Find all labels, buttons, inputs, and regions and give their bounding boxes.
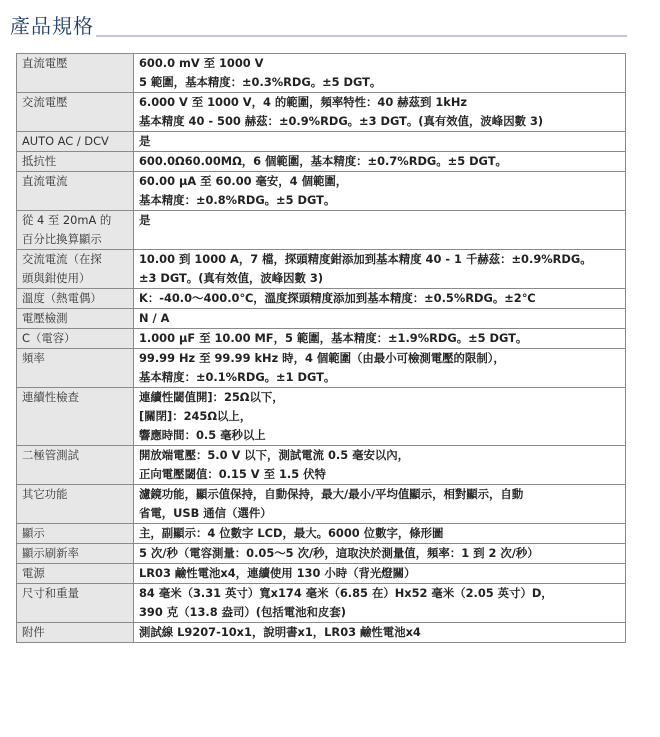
spec-row: C（電容）1.000 μF 至 10.00 MF，5 範圍，基本精度：±1.9%… (17, 329, 626, 349)
spec-value: 6.000 V 至 1000 V，4 的範圍，頻率特性：40 赫茲到 1kHz (139, 93, 620, 112)
spec-label-cell: 其它功能 (17, 485, 134, 524)
spec-label-cell: 交流電壓 (17, 93, 134, 132)
spec-label-cell: 二極管測試 (17, 446, 134, 485)
spec-label: 尺寸和重量 (22, 584, 128, 603)
spec-value-cell: K：-40.0～400.0℃，溫度探頭精度添加到基本精度：±0.5%RDG。±2… (134, 289, 626, 309)
spec-row: 附件測試線 L9207-10x1，說明書x1，LR03 鹼性電池x4 (17, 623, 626, 643)
spec-label: 連續性檢查 (22, 388, 128, 407)
spec-row: 其它功能濾鏡功能，顯示值保持，自動保持，最大/最小/平均值顯示，相對顯示，自動省… (17, 485, 626, 524)
spec-label-cell: 顯示刷新率 (17, 544, 134, 564)
spec-label: 直流電壓 (22, 54, 128, 73)
spec-row: 直流電流60.00 μA 至 60.00 毫安，4 個範圍，基本精度：±0.8%… (17, 172, 626, 211)
spec-row: 顯示主，副顯示：4 位數字 LCD，最大。6000 位數字，條形圖 (17, 524, 626, 544)
spec-row: 交流電壓6.000 V 至 1000 V，4 的範圍，頻率特性：40 赫茲到 1… (17, 93, 626, 132)
spec-row: AUTO AC / DCV是 (17, 132, 626, 152)
spec-label: 交流電壓 (22, 93, 128, 112)
spec-value: ±3 DGT。(真有效值，波峰因數 3) (139, 269, 620, 288)
spec-value-cell: 主，副顯示：4 位數字 LCD，最大。6000 位數字，條形圖 (134, 524, 626, 544)
spec-label-cell: 連續性檢查 (17, 388, 134, 446)
spec-value: 5 次/秒（電容測量：0.05～5 次/秒，這取決於測量值，頻率：1 到 2 次… (139, 544, 620, 563)
spec-label-cell: 電源 (17, 564, 134, 584)
spec-value: 是 (139, 211, 620, 230)
spec-label: 直流電流 (22, 172, 128, 191)
spec-label-cell: 從 4 至 20mA 的百分比換算顯示 (17, 211, 134, 250)
spec-row: 抵抗性600.0Ω60.00MΩ，6 個範圍，基本精度：±0.7%RDG。±5 … (17, 152, 626, 172)
spec-row: 交流電流（在探頭與鉗使用）10.00 到 1000 A，7 檔，探頭精度鉗添加到… (17, 250, 626, 289)
spec-label: 顯示刷新率 (22, 544, 128, 563)
spec-label: 交流電流（在探 (22, 250, 128, 269)
spec-label-cell: 溫度（熱電偶） (17, 289, 134, 309)
spec-value-cell: 60.00 μA 至 60.00 毫安，4 個範圍，基本精度：±0.8%RDG。… (134, 172, 626, 211)
spec-label: 二極管測試 (22, 446, 128, 465)
spec-label-cell: AUTO AC / DCV (17, 132, 134, 152)
spec-row: 頻率99.99 Hz 至 99.99 kHz 時，4 個範圍（由最小可檢測電壓的… (17, 349, 626, 388)
spec-value: 99.99 Hz 至 99.99 kHz 時，4 個範圍（由最小可檢測電壓的限制… (139, 349, 620, 368)
spec-label: 從 4 至 20mA 的 (22, 211, 128, 230)
spec-value: 600.0 mV 至 1000 V (139, 54, 620, 73)
page-title: 產品規格 (10, 14, 96, 38)
spec-table-body: 直流電壓600.0 mV 至 1000 V5 範圍，基本精度：±0.3%RDG。… (17, 54, 626, 643)
spec-label-cell: 直流電流 (17, 172, 134, 211)
spec-row: 電源LR03 鹼性電池x4，連續使用 130 小時（背光燈關） (17, 564, 626, 584)
spec-value-cell: 連續性閾值開]：25Ω以下，[關閉]：245Ω以上，響應時間：0.5 毫秒以上 (134, 388, 626, 446)
spec-row: 從 4 至 20mA 的百分比換算顯示是 (17, 211, 626, 250)
spec-value: N / A (139, 309, 620, 328)
spec-value: 84 毫米（3.31 英寸）寬x174 毫米（6.85 在）Hx52 毫米（2.… (139, 584, 620, 603)
spec-label: C（電容） (22, 329, 128, 348)
spec-table: 直流電壓600.0 mV 至 1000 V5 範圍，基本精度：±0.3%RDG。… (16, 53, 626, 643)
spec-row: 電壓檢測N / A (17, 309, 626, 329)
spec-value: 60.00 μA 至 60.00 毫安，4 個範圍， (139, 172, 620, 191)
spec-label: AUTO AC / DCV (22, 132, 128, 151)
spec-value-cell: LR03 鹼性電池x4，連續使用 130 小時（背光燈關） (134, 564, 626, 584)
spec-value-cell: 開放端電壓：5.0 V 以下，測試電流 0.5 毫安以內，正向電壓閾值：0.15… (134, 446, 626, 485)
spec-value-cell: 99.99 Hz 至 99.99 kHz 時，4 個範圍（由最小可檢測電壓的限制… (134, 349, 626, 388)
title-underline (10, 35, 627, 37)
spec-row: 溫度（熱電偶）K：-40.0～400.0℃，溫度探頭精度添加到基本精度：±0.5… (17, 289, 626, 309)
spec-label-cell: 尺寸和重量 (17, 584, 134, 623)
spec-label: 附件 (22, 623, 128, 642)
spec-value: 濾鏡功能，顯示值保持，自動保持，最大/最小/平均值顯示，相對顯示，自動 (139, 485, 620, 504)
spec-value: 省電，USB 通信（選件） (139, 504, 620, 523)
spec-value: 正向電壓閾值：0.15 V 至 1.5 伏特 (139, 465, 620, 484)
spec-value: 5 範圍，基本精度：±0.3%RDG。±5 DGT。 (139, 73, 620, 92)
spec-value: K：-40.0～400.0℃，溫度探頭精度添加到基本精度：±0.5%RDG。±2… (139, 289, 620, 308)
spec-value: 390 克（13.8 盎司）(包括電池和皮套) (139, 603, 620, 622)
spec-value: LR03 鹼性電池x4，連續使用 130 小時（背光燈關） (139, 564, 620, 583)
spec-label: 抵抗性 (22, 152, 128, 171)
spec-label: 百分比換算顯示 (22, 230, 128, 249)
spec-row: 二極管測試開放端電壓：5.0 V 以下，測試電流 0.5 毫安以內，正向電壓閾值… (17, 446, 626, 485)
spec-value: 測試線 L9207-10x1，說明書x1，LR03 鹼性電池x4 (139, 623, 620, 642)
spec-label-cell: 顯示 (17, 524, 134, 544)
spec-value: 是 (139, 132, 620, 151)
spec-label-cell: 直流電壓 (17, 54, 134, 93)
spec-row: 尺寸和重量84 毫米（3.31 英寸）寬x174 毫米（6.85 在）Hx52 … (17, 584, 626, 623)
spec-value-cell: 測試線 L9207-10x1，說明書x1，LR03 鹼性電池x4 (134, 623, 626, 643)
spec-label: 其它功能 (22, 485, 128, 504)
spec-value-cell: 1.000 μF 至 10.00 MF，5 範圍，基本精度：±1.9%RDG。±… (134, 329, 626, 349)
spec-value: 主，副顯示：4 位數字 LCD，最大。6000 位數字，條形圖 (139, 524, 620, 543)
spec-row: 顯示刷新率5 次/秒（電容測量：0.05～5 次/秒，這取決於測量值，頻率：1 … (17, 544, 626, 564)
spec-value: 連續性閾值開]：25Ω以下， (139, 388, 620, 407)
spec-value: 響應時間：0.5 毫秒以上 (139, 426, 620, 445)
spec-label: 顯示 (22, 524, 128, 543)
spec-label: 電源 (22, 564, 128, 583)
spec-value: 600.0Ω60.00MΩ，6 個範圍，基本精度：±0.7%RDG。±5 DGT… (139, 152, 620, 171)
spec-value-cell: N / A (134, 309, 626, 329)
spec-label-cell: C（電容） (17, 329, 134, 349)
spec-value-cell: 是 (134, 132, 626, 152)
spec-label: 溫度（熱電偶） (22, 289, 128, 308)
spec-value: 基本精度：±0.1%RDG。±1 DGT。 (139, 368, 620, 387)
spec-label-cell: 抵抗性 (17, 152, 134, 172)
spec-label-cell: 交流電流（在探頭與鉗使用） (17, 250, 134, 289)
spec-value: 1.000 μF 至 10.00 MF，5 範圍，基本精度：±1.9%RDG。±… (139, 329, 620, 348)
spec-value-cell: 5 次/秒（電容測量：0.05～5 次/秒，這取決於測量值，頻率：1 到 2 次… (134, 544, 626, 564)
spec-label: 頻率 (22, 349, 128, 368)
spec-value: [關閉]：245Ω以上， (139, 407, 620, 426)
spec-label: 電壓檢測 (22, 309, 128, 328)
spec-label-cell: 頻率 (17, 349, 134, 388)
spec-row: 直流電壓600.0 mV 至 1000 V5 範圍，基本精度：±0.3%RDG。… (17, 54, 626, 93)
spec-label: 頭與鉗使用） (22, 269, 128, 288)
spec-value-cell: 6.000 V 至 1000 V，4 的範圍，頻率特性：40 赫茲到 1kHz基… (134, 93, 626, 132)
spec-value-cell: 10.00 到 1000 A，7 檔，探頭精度鉗添加到基本精度 40 - 1 千… (134, 250, 626, 289)
section-header: 產品規格 (10, 14, 627, 40)
spec-row: 連續性檢查連續性閾值開]：25Ω以下，[關閉]：245Ω以上，響應時間：0.5 … (17, 388, 626, 446)
spec-label-cell: 電壓檢測 (17, 309, 134, 329)
spec-value-cell: 84 毫米（3.31 英寸）寬x174 毫米（6.85 在）Hx52 毫米（2.… (134, 584, 626, 623)
spec-value-cell: 600.0Ω60.00MΩ，6 個範圍，基本精度：±0.7%RDG。±5 DGT… (134, 152, 626, 172)
spec-value: 開放端電壓：5.0 V 以下，測試電流 0.5 毫安以內， (139, 446, 620, 465)
spec-value (139, 230, 620, 249)
spec-value-cell: 濾鏡功能，顯示值保持，自動保持，最大/最小/平均值顯示，相對顯示，自動省電，US… (134, 485, 626, 524)
spec-value: 基本精度 40 - 500 赫茲：±0.9%RDG。±3 DGT。(真有效值，波… (139, 112, 620, 131)
spec-value: 基本精度：±0.8%RDG。±5 DGT。 (139, 191, 620, 210)
spec-value: 10.00 到 1000 A，7 檔，探頭精度鉗添加到基本精度 40 - 1 千… (139, 250, 620, 269)
spec-value-cell: 600.0 mV 至 1000 V5 範圍，基本精度：±0.3%RDG。±5 D… (134, 54, 626, 93)
spec-label-cell: 附件 (17, 623, 134, 643)
spec-value-cell: 是 (134, 211, 626, 250)
